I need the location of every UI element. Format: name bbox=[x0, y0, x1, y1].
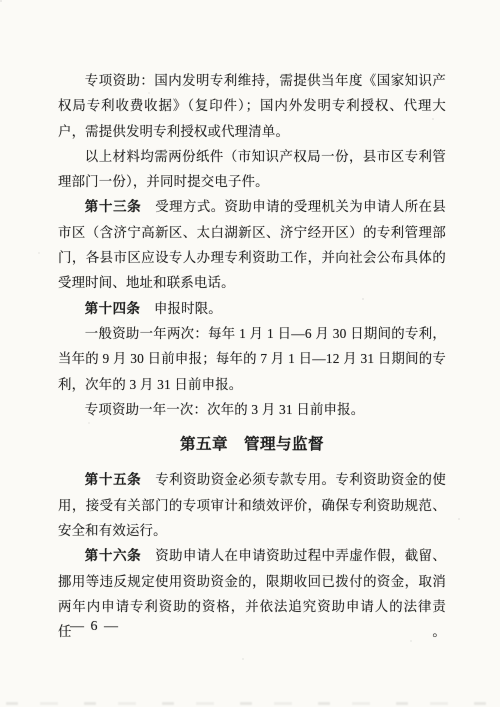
text-run: 户，需提供发明专利授权或代理清单。 bbox=[58, 124, 289, 139]
text-run: 受理时间、地址和联系电话。 bbox=[58, 275, 235, 290]
text-line: 用，接受有关部门的专项审计和绩效评价，确保专利资助规范、 bbox=[58, 493, 446, 518]
text-line: 以上材料均需两份纸件（市知识产权局一份，县市区专利管 bbox=[58, 144, 446, 169]
text-run: 挪用等违反规定使用资助资金的，限期收回已拨付的资金，取消 bbox=[58, 574, 446, 589]
text-run: 申报时限。 bbox=[140, 301, 222, 316]
text-run: 受理方式。资助申请的受理机关为申请人所在县 bbox=[141, 199, 446, 214]
text-line: 受理时间、地址和联系电话。 bbox=[58, 270, 446, 295]
text-run: 专项资助一年一次：次年的 3 月 31 日前申报。 bbox=[85, 402, 365, 417]
text-line: 第十四条 申报时限。 bbox=[58, 296, 446, 321]
text-line: 专项资助：国内发明专利维持，需提供当年度《国家知识产 bbox=[58, 68, 446, 93]
text-run: 用，接受有关部门的专项审计和绩效评价，确保专利资助规范、 bbox=[58, 498, 446, 513]
text-line: 第十五条 专利资助资金必须专款专用。专利资助资金的使 bbox=[58, 467, 446, 492]
text-run: 资助申请人在申请资助过程中弄虚作假，截留、 bbox=[141, 548, 446, 563]
text-run: 专项资助：国内发明专利维持，需提供当年度《国家知识产 bbox=[85, 73, 446, 88]
text-run: 当年的 9 月 30 日前申报；每年的 7 月 1 日—12 月 31 日期间的… bbox=[58, 351, 446, 366]
text-line: 专项资助一年一次：次年的 3 月 31 日前申报。 bbox=[58, 397, 446, 422]
scan-noise bbox=[0, 0, 2, 2]
article-number: 第十五条 bbox=[85, 472, 142, 487]
text-line: 一般资助一年两次：每年 1 月 1 日—6 月 30 日期间的专利， bbox=[58, 321, 446, 346]
text-run: 安全和有效运行。 bbox=[58, 523, 167, 538]
scan-edge-artifact bbox=[6, 702, 494, 705]
text-line: 利，次年的 3 月 31 日前申报。 bbox=[58, 372, 446, 397]
page-number: — 6 — bbox=[70, 619, 120, 635]
text-run: 利，次年的 3 月 31 日前申报。 bbox=[58, 377, 242, 392]
article-number: 第十六条 bbox=[85, 548, 142, 563]
article-number: 第十四条 bbox=[85, 301, 141, 316]
chapter-heading: 第五章 管理与监督 bbox=[58, 432, 446, 457]
text-line: 户，需提供发明专利授权或代理清单。 bbox=[58, 119, 446, 144]
scanned-document-page: 专项资助：国内发明专利维持，需提供当年度《国家知识产权局专利收费收据》（复印件）… bbox=[0, 0, 500, 707]
text-line: 门，各县市区应设专人办理专利资助工作，并向社会公布具体的 bbox=[58, 245, 446, 270]
text-run: 以上材料均需两份纸件（市知识产权局一份，县市区专利管 bbox=[85, 149, 446, 164]
text-line: 第十六条 资助申请人在申请资助过程中弄虚作假，截留、 bbox=[58, 543, 446, 568]
text-run: 门，各县市区应设专人办理专利资助工作，并向社会公布具体的 bbox=[58, 250, 446, 265]
text-run: 权局专利收费收据》（复印件）；国内外发明专利授权、代理大 bbox=[58, 98, 446, 113]
text-line: 第十三条 受理方式。资助申请的受理机关为申请人所在县 bbox=[58, 194, 446, 219]
text-run: 理部门一份），并同时提交电子件。 bbox=[58, 174, 269, 189]
article-number: 第十三条 bbox=[85, 199, 142, 214]
text-line: 市区（含济宁高新区、太白湖新区、济宁经开区）的专利管理部 bbox=[58, 220, 446, 245]
text-line: 当年的 9 月 30 日前申报；每年的 7 月 1 日—12 月 31 日期间的… bbox=[58, 346, 446, 371]
text-run: 专利资助资金必须专款专用。专利资助资金的使 bbox=[141, 472, 446, 487]
text-line: 理部门一份），并同时提交电子件。 bbox=[58, 169, 446, 194]
text-run: 市区（含济宁高新区、太白湖新区、济宁经开区）的专利管理部 bbox=[58, 225, 446, 240]
page-content: 专项资助：国内发明专利维持，需提供当年度《国家知识产权局专利收费收据》（复印件）… bbox=[58, 68, 446, 619]
text-line: 安全和有效运行。 bbox=[58, 518, 446, 543]
text-line: 权局专利收费收据》（复印件）；国内外发明专利授权、代理大 bbox=[58, 93, 446, 118]
text-line: 挪用等违反规定使用资助资金的，限期收回已拨付的资金，取消 bbox=[58, 569, 446, 594]
text-run: 一般资助一年两次：每年 1 月 1 日—6 月 30 日期间的专利， bbox=[85, 326, 446, 341]
text-line: 两年内申请专利资助的资格，并依法追究资助申请人的法律责任。 bbox=[58, 594, 446, 619]
article-number: 第五章 管理与监督 bbox=[180, 436, 324, 453]
